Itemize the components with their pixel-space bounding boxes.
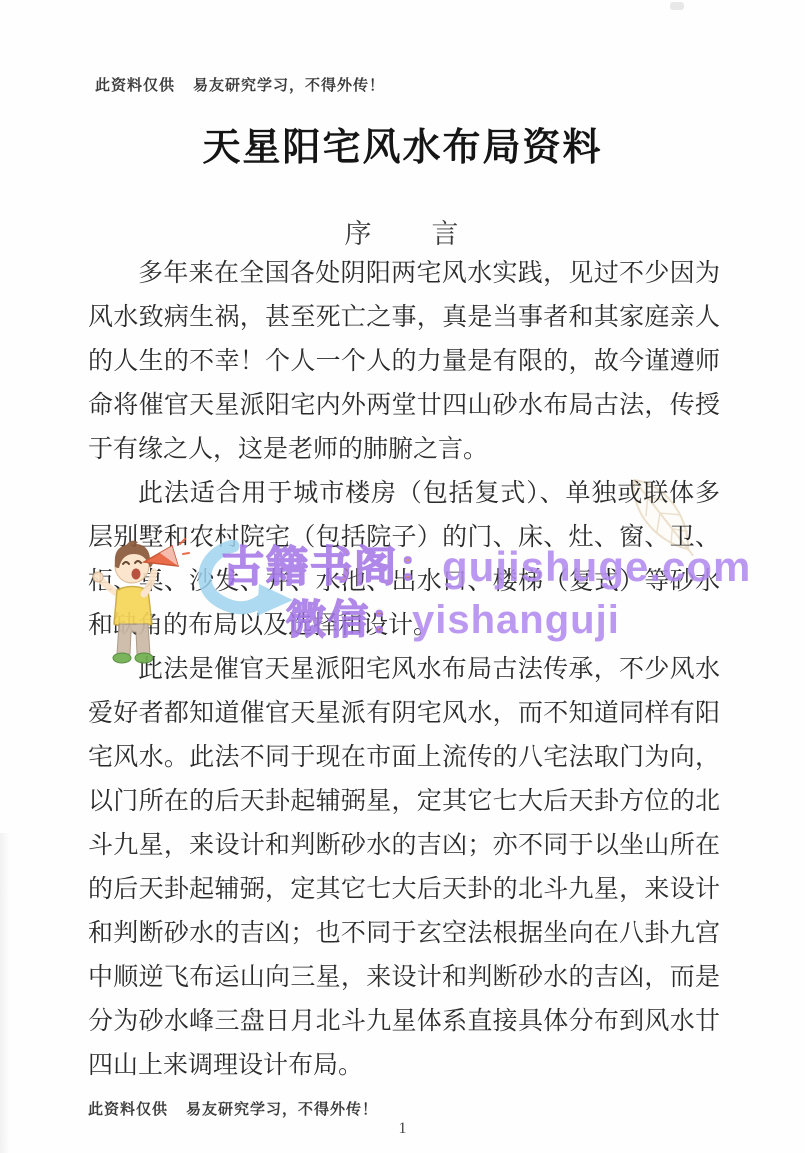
footer-note-text: 易友研究学习，不得外传！ — [186, 1102, 378, 1118]
scan-edge-smudge — [0, 833, 10, 1153]
paragraph: 此法适合用于城市楼房（包括复式）、单独或联体多层别墅和农村院宅（包括院子）的门、… — [88, 472, 720, 648]
scanned-document-page: 此资料仅供易友研究学习，不得外传！ 天星阳宅风水布局资料 序 言 多年来在全国各… — [0, 0, 805, 1153]
footer-note-prefix: 此资料仅供 — [88, 1102, 168, 1118]
footer-note: 此资料仅供易友研究学习，不得外传！ — [88, 1098, 378, 1119]
scan-artifact — [670, 2, 684, 10]
paragraph: 此法是催官天星派阳宅风水布局古法传承，不少风水爱好者都知道催官天星派有阴宅风水，… — [88, 648, 720, 1088]
paragraph: 多年来在全国各处阴阳两宅风水实践，见过不少因为风水致病生祸，甚至死亡之事，真是当… — [88, 252, 720, 472]
section-heading-preface: 序 言 — [0, 212, 805, 251]
header-note-text: 易友研究学习，不得外传！ — [193, 78, 385, 94]
page-title: 天星阳宅风水布局资料 — [0, 116, 805, 171]
header-note: 此资料仅供易友研究学习，不得外传！ — [95, 74, 385, 95]
document-body: 多年来在全国各处阴阳两宅风水实践，见过不少因为风水致病生祸，甚至死亡之事，真是当… — [88, 252, 720, 1088]
page-number: 1 — [0, 1120, 805, 1138]
header-note-prefix: 此资料仅供 — [95, 78, 175, 94]
